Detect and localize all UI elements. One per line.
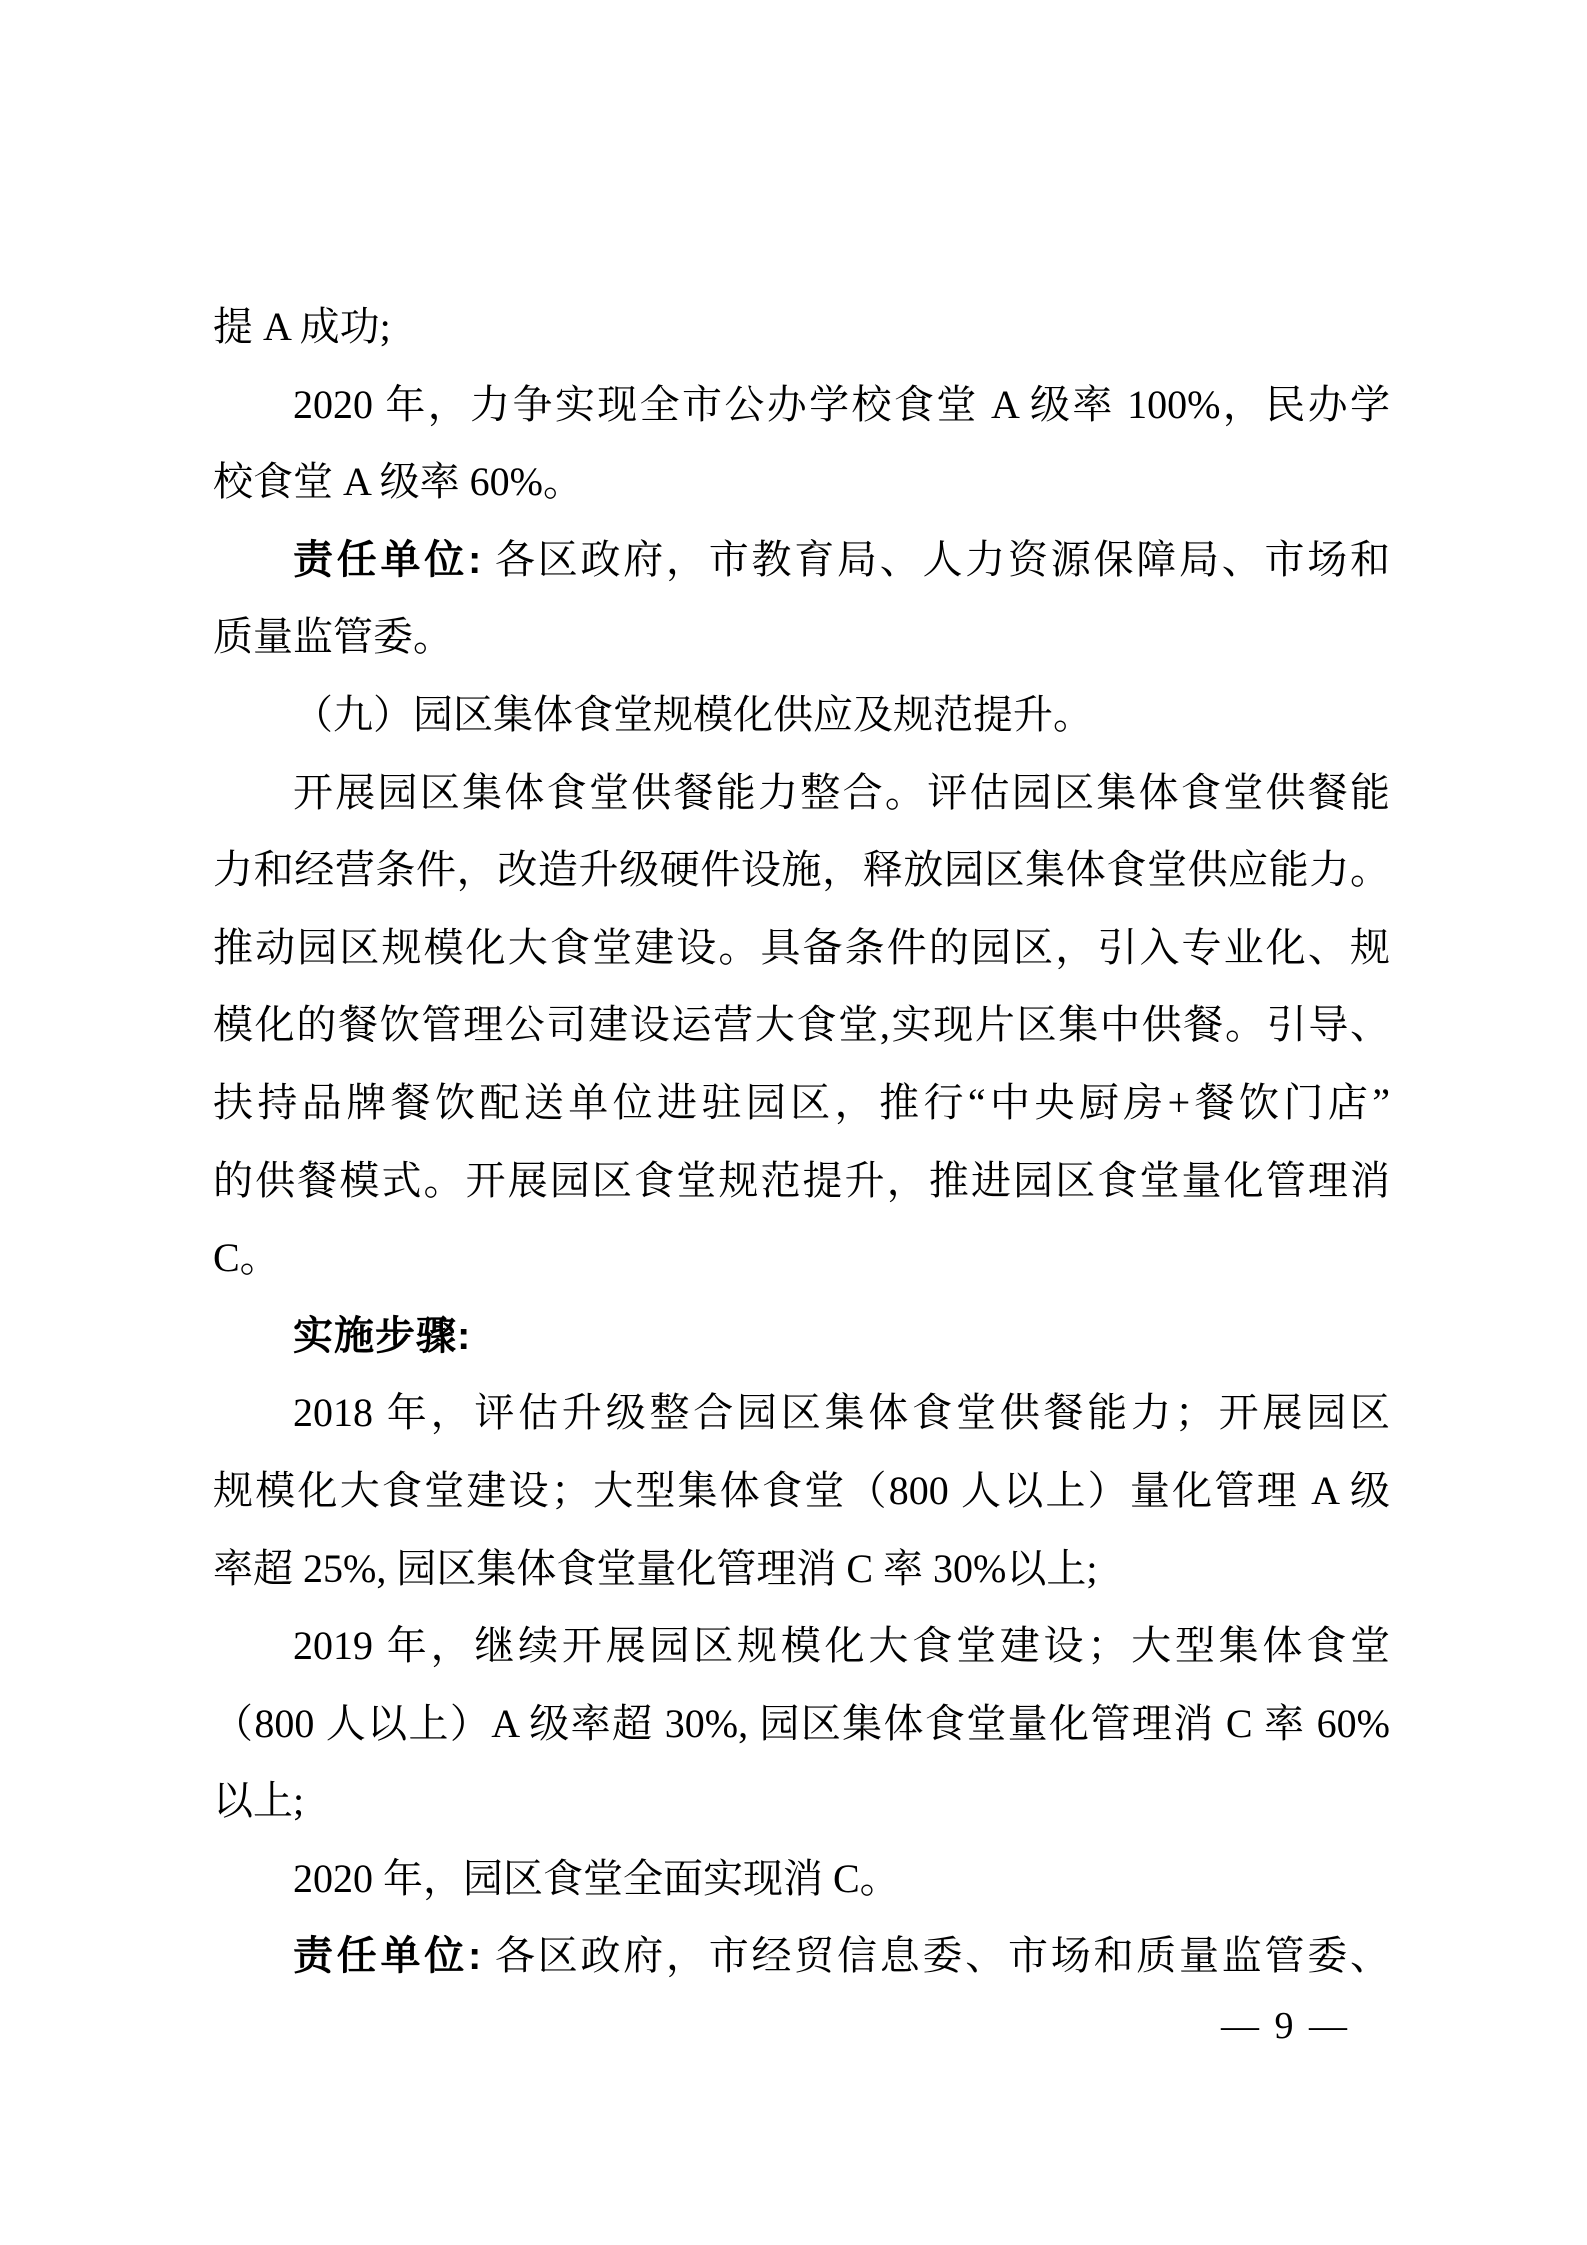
text-line: 推动园区规模化大食堂建设。具备条件的园区，引入专业化、规 [213, 909, 1390, 987]
text-line: 力和经营条件，改造升级硬件设施，释放园区集体食堂供应能力。 [213, 831, 1390, 909]
text-line: 责任单位: 各区政府，市教育局、人力资源保障局、市场和 [213, 521, 1390, 599]
text-line: 校食堂 A 级率 60%。 [213, 443, 1390, 521]
page-number: — 9 — [1221, 2004, 1350, 2048]
text-line: C。 [213, 1219, 1390, 1297]
text-line: 提 A 成功; [213, 288, 1390, 366]
text-line: 2020 年，园区食堂全面实现消 C。 [213, 1840, 1390, 1918]
text-line: 模化的餐饮管理公司建设运营大食堂,实现片区集中供餐。引导、 [213, 986, 1390, 1064]
responsible-unit-label: 责任单位: [293, 538, 482, 582]
text-line: 率超 25%, 园区集体食堂量化管理消 C 率 30%以上; [213, 1530, 1390, 1608]
text-block: 提 A 成功; 2020 年，力争实现全市公办学校食堂 A 级率 100%，民办… [213, 288, 1390, 1995]
text-line: 开展园区集体食堂供餐能力整合。评估园区集体食堂供餐能 [213, 754, 1390, 832]
text-line: 规模化大食堂建设；大型集体食堂（800 人以上）量化管理 A 级 [213, 1452, 1390, 1530]
implementation-steps-label: 实施步骤: [213, 1297, 1390, 1375]
text-line: 2019 年，继续开展园区规模化大食堂建设；大型集体食堂 [213, 1607, 1390, 1685]
text-line: 2020 年，力争实现全市公办学校食堂 A 级率 100%，民办学 [213, 366, 1390, 444]
text-line-rest: 各区政府，市经贸信息委、市场和质量监管委、 [482, 1933, 1390, 1978]
text-line: 的供餐模式。开展园区食堂规范提升，推进园区食堂量化管理消 [213, 1142, 1390, 1220]
text-line: 扶持品牌餐饮配送单位进驻园区，推行“中央厨房+餐饮门店” [213, 1064, 1390, 1142]
text-line: 以上; [213, 1762, 1390, 1840]
text-line: 责任单位: 各区政府，市经贸信息委、市场和质量监管委、 [213, 1917, 1390, 1995]
text-line: 2018 年，评估升级整合园区集体食堂供餐能力；开展园区 [213, 1374, 1390, 1452]
implementation-steps-text: 实施步骤: [293, 1314, 471, 1358]
text-line: 质量监管委。 [213, 598, 1390, 676]
text-line-rest: 各区政府，市教育局、人力资源保障局、市场和 [482, 537, 1390, 582]
section-heading: （九）园区集体食堂规模化供应及规范提升。 [213, 676, 1390, 754]
text-line: （800 人以上）A 级率超 30%, 园区集体食堂量化管理消 C 率 60% [213, 1685, 1390, 1763]
document-page: 提 A 成功; 2020 年，力争实现全市公办学校食堂 A 级率 100%，民办… [0, 0, 1587, 2245]
responsible-unit-label: 责任单位: [293, 1934, 482, 1978]
